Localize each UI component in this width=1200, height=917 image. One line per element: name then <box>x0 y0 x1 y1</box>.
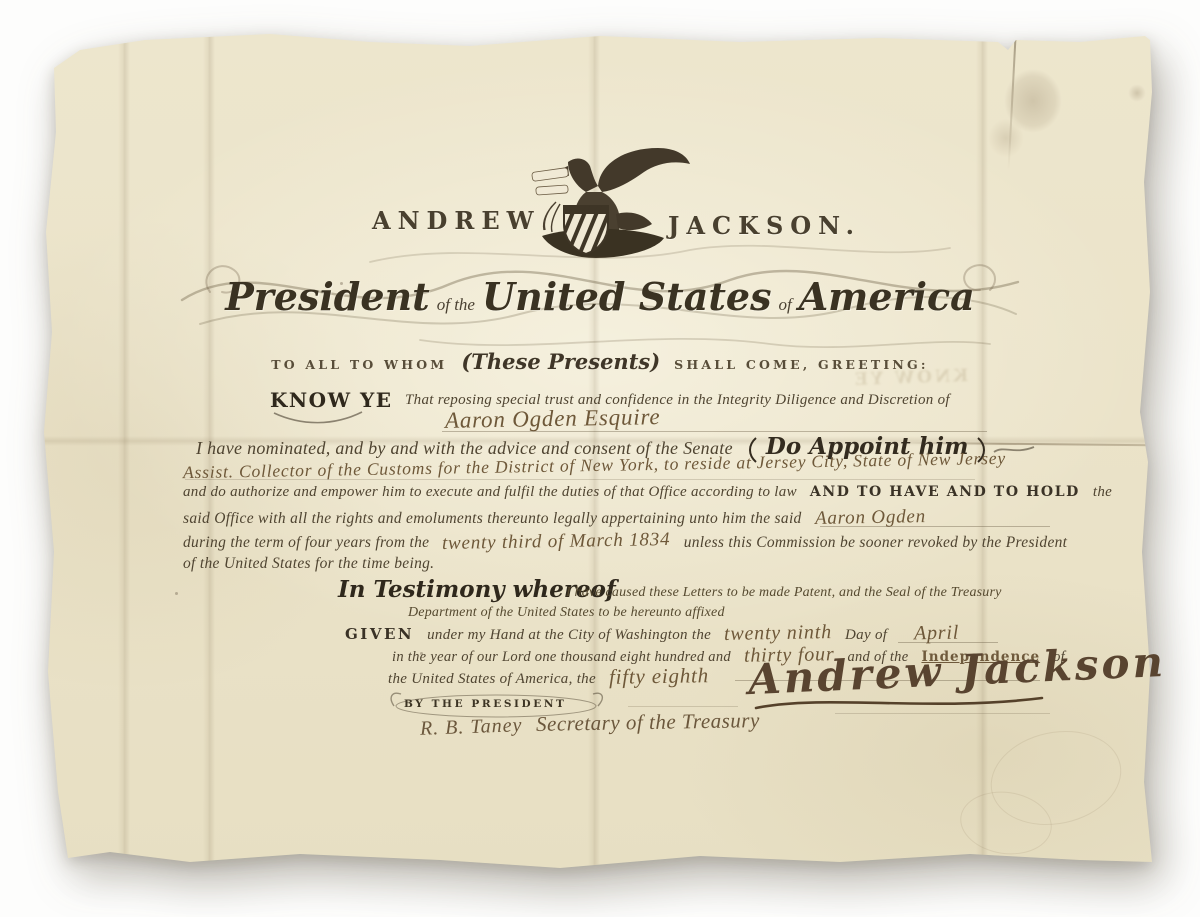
salutation-pre: TO ALL TO WHOM <box>271 357 447 372</box>
have-and-hold-post: the <box>1093 484 1112 500</box>
president-first-name: ANDREW <box>372 206 541 235</box>
photograph-of-commission-document: ANDREW JACKSON. Presidentof theUnited St… <box>0 0 1200 917</box>
title-word: America <box>799 274 975 319</box>
baseline-rule <box>442 431 987 432</box>
final-hand: fifty eighth <box>609 663 709 690</box>
given-day: twenty ninth <box>724 621 832 646</box>
baseline-rule <box>628 706 738 707</box>
signature-underline-flourish <box>752 690 1047 714</box>
appointee-name: Aaron Ogden Esquire <box>445 406 660 432</box>
president-last-name: JACKSON. <box>668 211 861 240</box>
title-connector: of <box>771 295 798 314</box>
document-title: Presidentof theUnited StatesofAmerica <box>140 274 1060 319</box>
show-through-text: KNOW YE <box>852 366 969 390</box>
document-content: ANDREW JACKSON. Presidentof theUnited St… <box>0 0 1200 917</box>
baseline-rule <box>820 526 1050 527</box>
title-word: United States <box>482 274 771 319</box>
secretary-title: Secretary of the Treasury <box>536 708 760 737</box>
appointee-name-text: Aaron Ogden Esquire <box>445 404 661 434</box>
given-word: GIVEN <box>345 625 414 643</box>
ribbon-banners <box>532 168 569 196</box>
by-the-president-label: BY THE PRESIDENT <box>404 698 566 710</box>
seal-clause-2: Department of the United States to be he… <box>408 605 725 621</box>
baseline-rule <box>185 479 975 480</box>
term-date: twenty third of March 1834 <box>442 529 671 555</box>
salutation-these-presents: (These Presents) <box>461 349 660 374</box>
term-pre: during the term of four years from the <box>183 534 429 551</box>
title-connector: of the <box>430 295 482 314</box>
authorize-line: and do authorize and empower him to exec… <box>183 483 1112 501</box>
given-pre: under my Hand at the City of Washington … <box>427 627 711 643</box>
term-line: during the term of four years from the t… <box>183 531 1067 553</box>
baseline-rule <box>898 642 998 643</box>
know-ye-flourish <box>272 409 364 427</box>
given-day-label: Day of <box>845 627 887 643</box>
baseline-rule <box>835 713 1050 714</box>
office-line: Assist. Collector of the Customs for the… <box>183 455 1006 476</box>
year-pre: in the year of our Lord one thousand eig… <box>392 649 731 665</box>
term-end: of the United States for the time being. <box>183 555 434 573</box>
tenure-line: said Office with all the rights and emol… <box>183 507 926 529</box>
tenure-clause: said Office with all the rights and emol… <box>183 510 802 527</box>
title-word: President <box>225 274 430 319</box>
given-line: GIVEN under my Hand at the City of Washi… <box>345 622 959 645</box>
final-line: the United States of America, the fifty … <box>388 664 709 689</box>
seal-clause: I have caused these Letters to be made P… <box>566 585 1002 601</box>
final-pre: the United States of America, the <box>388 671 596 687</box>
authorize-clause: and do authorize and empower him to exec… <box>183 484 797 500</box>
secretary-signature: R. B. Taney <box>420 714 523 741</box>
term-post: unless this Commission be sooner revoked… <box>684 534 1068 551</box>
have-and-hold-caps: AND TO HAVE AND TO HOLD <box>810 484 1080 500</box>
